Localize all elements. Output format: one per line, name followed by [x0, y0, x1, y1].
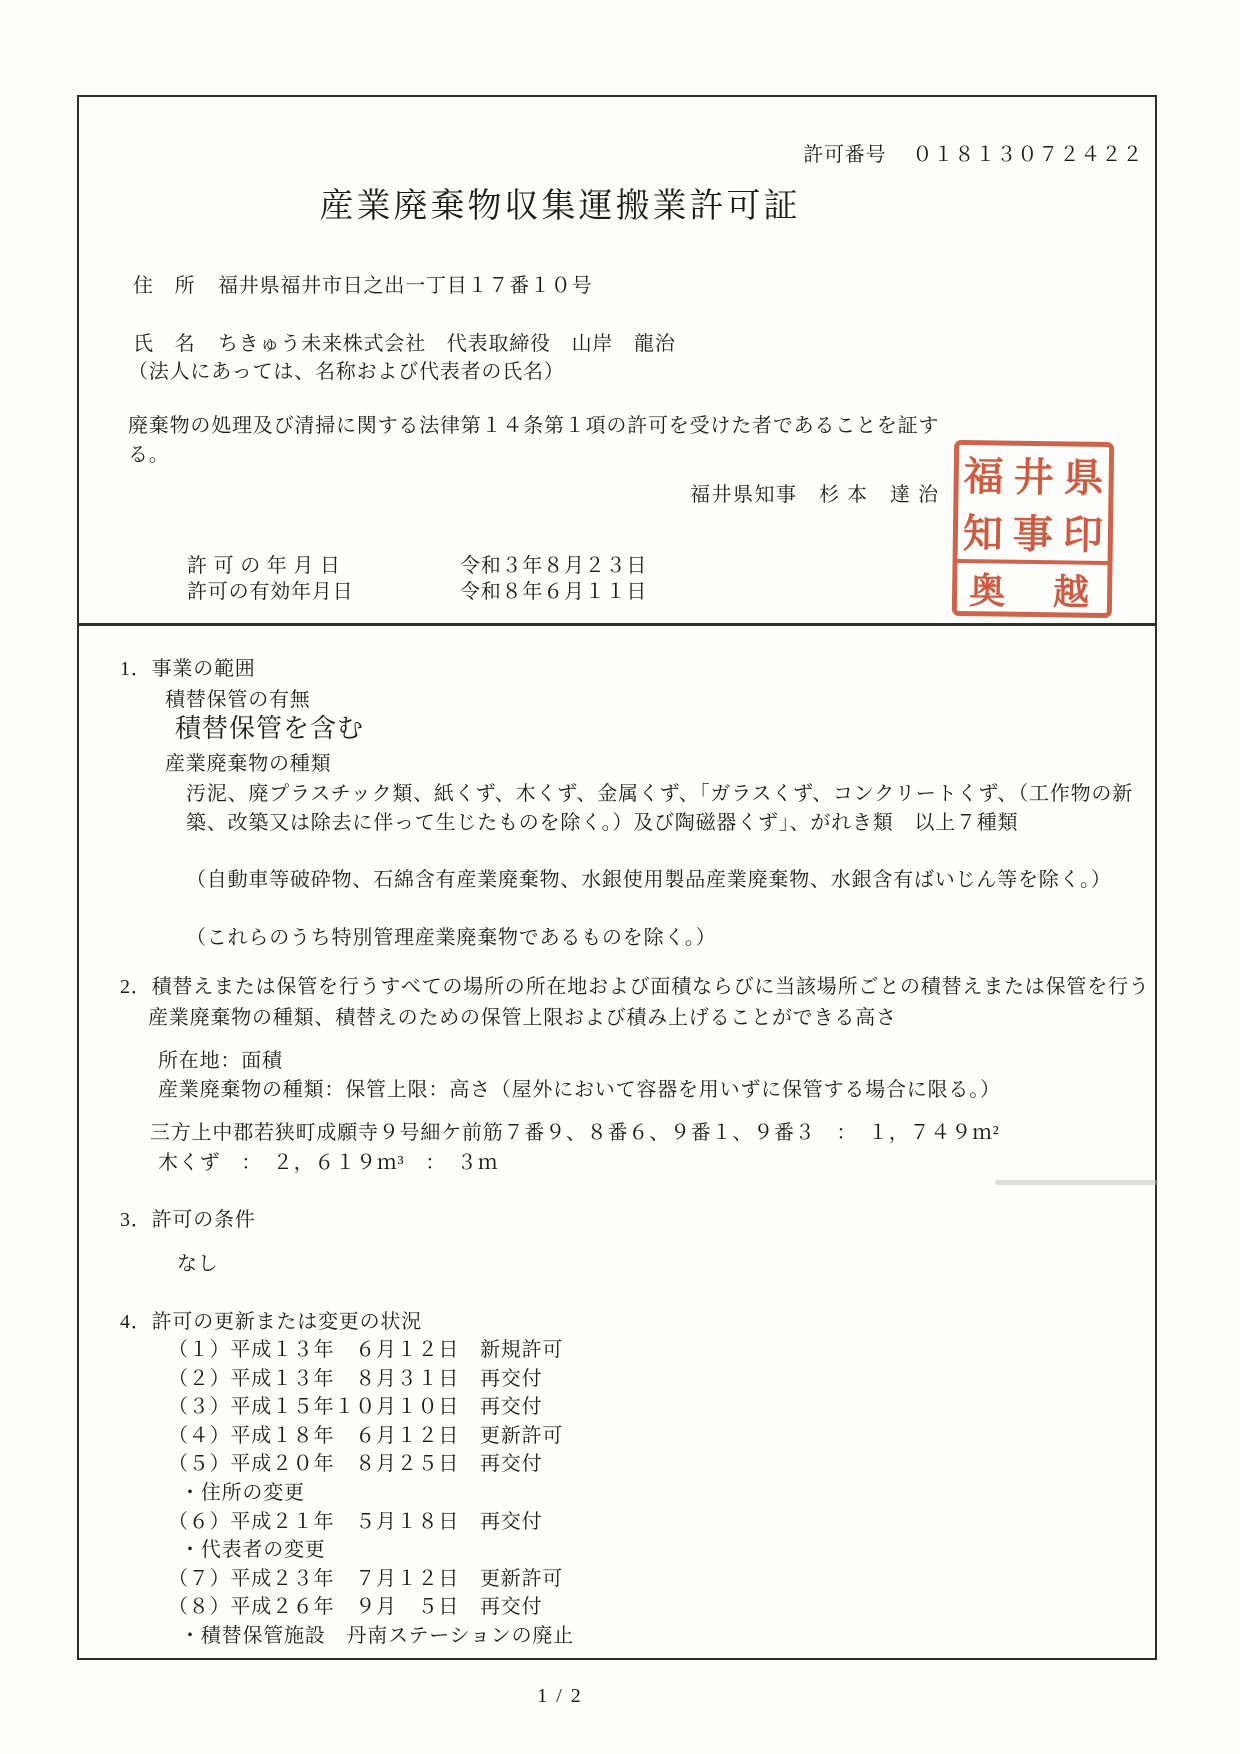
section1-waste-types-label: 産業廃棄物の種類 [165, 750, 331, 779]
history-entry: （６）平成２１年 ５月１８日 再交付 [168, 1508, 1108, 1537]
history-entry: （１）平成１３年 ６月１２日 新規許可 [168, 1336, 1108, 1365]
permit-number-value: ０１８１３０７２４２２ [912, 144, 1143, 166]
permit-document-page: 許可番号０１８１３０７２４２２ 産業廃棄物収集運搬業許可証 住 所 福井県福井市… [0, 0, 1240, 1754]
section2-storage-limit-line: 木くず ： ２，６１９ｍ³ ： ３ｍ [158, 1149, 498, 1178]
seal-char: 知 [958, 502, 1009, 560]
section4-history-list: （１）平成１３年 ６月１２日 新規許可 （２）平成１３年 ８月３１日 再交付 （… [168, 1336, 1108, 1651]
history-change-note: ・代表者の変更 [168, 1536, 1108, 1565]
section1-exclusion-1: （自動車等破砕物、石綿含有産業廃棄物、水銀使用製品産業廃棄物、水銀含有ばいじん等… [186, 866, 1134, 895]
name-note: （法人にあっては、名称および代表者の氏名） [128, 358, 565, 387]
seal-bottom-text: 奥 越 [957, 559, 1108, 616]
issuer-governor-name: 福井県知事 杉 本 達 治 [690, 481, 940, 510]
name-value: ちきゅう未来株式会社 代表取締役 山岸 龍治 [218, 330, 676, 359]
valid-date-value: 令和８年６月１１日 [460, 578, 647, 607]
section3-heading: 3．許可の条件 [120, 1206, 256, 1235]
seal-char: 井 [1008, 446, 1059, 504]
certification-text: 廃棄物の処理及び清掃に関する法律第１４条第１項の許可を受けた者であることを証する… [128, 412, 958, 470]
governor-official-seal: 福 井 県 知 事 印 奥 越 [952, 440, 1114, 618]
seal-main-characters: 福 井 県 知 事 印 [958, 445, 1110, 561]
section-divider-line [77, 623, 1155, 626]
section2-format-line1: 所在地：面積 [158, 1047, 283, 1076]
seal-char: 県 [1058, 446, 1109, 504]
section1-waste-types-text: 汚泥、廃プラスチック類、紙くず、木くず、金属くず、「ガラスくず、コンクリートくず… [186, 780, 1134, 838]
history-entry: （７）平成２３年 ７月１２日 更新許可 [168, 1565, 1108, 1594]
seal-char: 印 [1058, 503, 1109, 561]
permit-number-label: 許可番号 [803, 144, 886, 166]
seal-char: 福 [958, 445, 1009, 503]
section2-format-line2: 産業廃棄物の種類：保管上限：高さ（屋外において容器を用いずに保管する場合に限る。… [158, 1076, 1001, 1105]
history-change-note: ・積替保管施設 丹南ステーションの廃止 [168, 1622, 1108, 1651]
permit-date-value: 令和３年８月２３日 [460, 552, 647, 581]
history-entry: （５）平成２０年 ８月２５日 再交付 [168, 1450, 1108, 1479]
section1-exclusion-2: （これらのうち特別管理産業廃棄物であるものを除く。） [186, 924, 1134, 953]
permit-date-label: 許 可 の 年 月 日 [187, 552, 341, 581]
history-entry: （８）平成２６年 ９月 ５日 再交付 [168, 1593, 1108, 1622]
address-label: 住 所 [133, 272, 195, 301]
page-number-indicator: 1 / 2 [0, 1685, 1120, 1708]
seal-char: 事 [1008, 503, 1059, 561]
section1-transfer-value: 積替保管を含む [175, 708, 364, 745]
history-entry: （４）平成１８年 ６月１２日 更新許可 [168, 1422, 1108, 1451]
address-value: 福井県福井市日之出一丁目１７番１０号 [218, 272, 592, 301]
section4-heading: 4．許可の更新または変更の状況 [120, 1308, 422, 1337]
section1-heading: 1．事業の範囲 [120, 655, 256, 684]
scan-artifact-smudge [995, 1180, 1158, 1185]
valid-date-label: 許可の有効年月日 [187, 578, 353, 607]
history-change-note: ・住所の変更 [168, 1479, 1108, 1508]
section2-location-area-line: 三方上中郡若狭町成願寺９号細ケ前筋７番９、８番６、９番１、９番３ ： １，７４９… [150, 1119, 1140, 1148]
history-entry: （２）平成１３年 ８月３１日 再交付 [168, 1365, 1108, 1394]
section2-heading: 2．積替えまたは保管を行うすべての場所の所在地および面積ならびに当該場所ごとの積… [120, 972, 1160, 1034]
history-entry: （３）平成１５年１０月１０日 再交付 [168, 1393, 1108, 1422]
document-title: 産業廃棄物収集運搬業許可証 [0, 178, 1120, 227]
section3-conditions-value: なし [177, 1250, 219, 1279]
name-label: 氏 名 [133, 330, 195, 359]
